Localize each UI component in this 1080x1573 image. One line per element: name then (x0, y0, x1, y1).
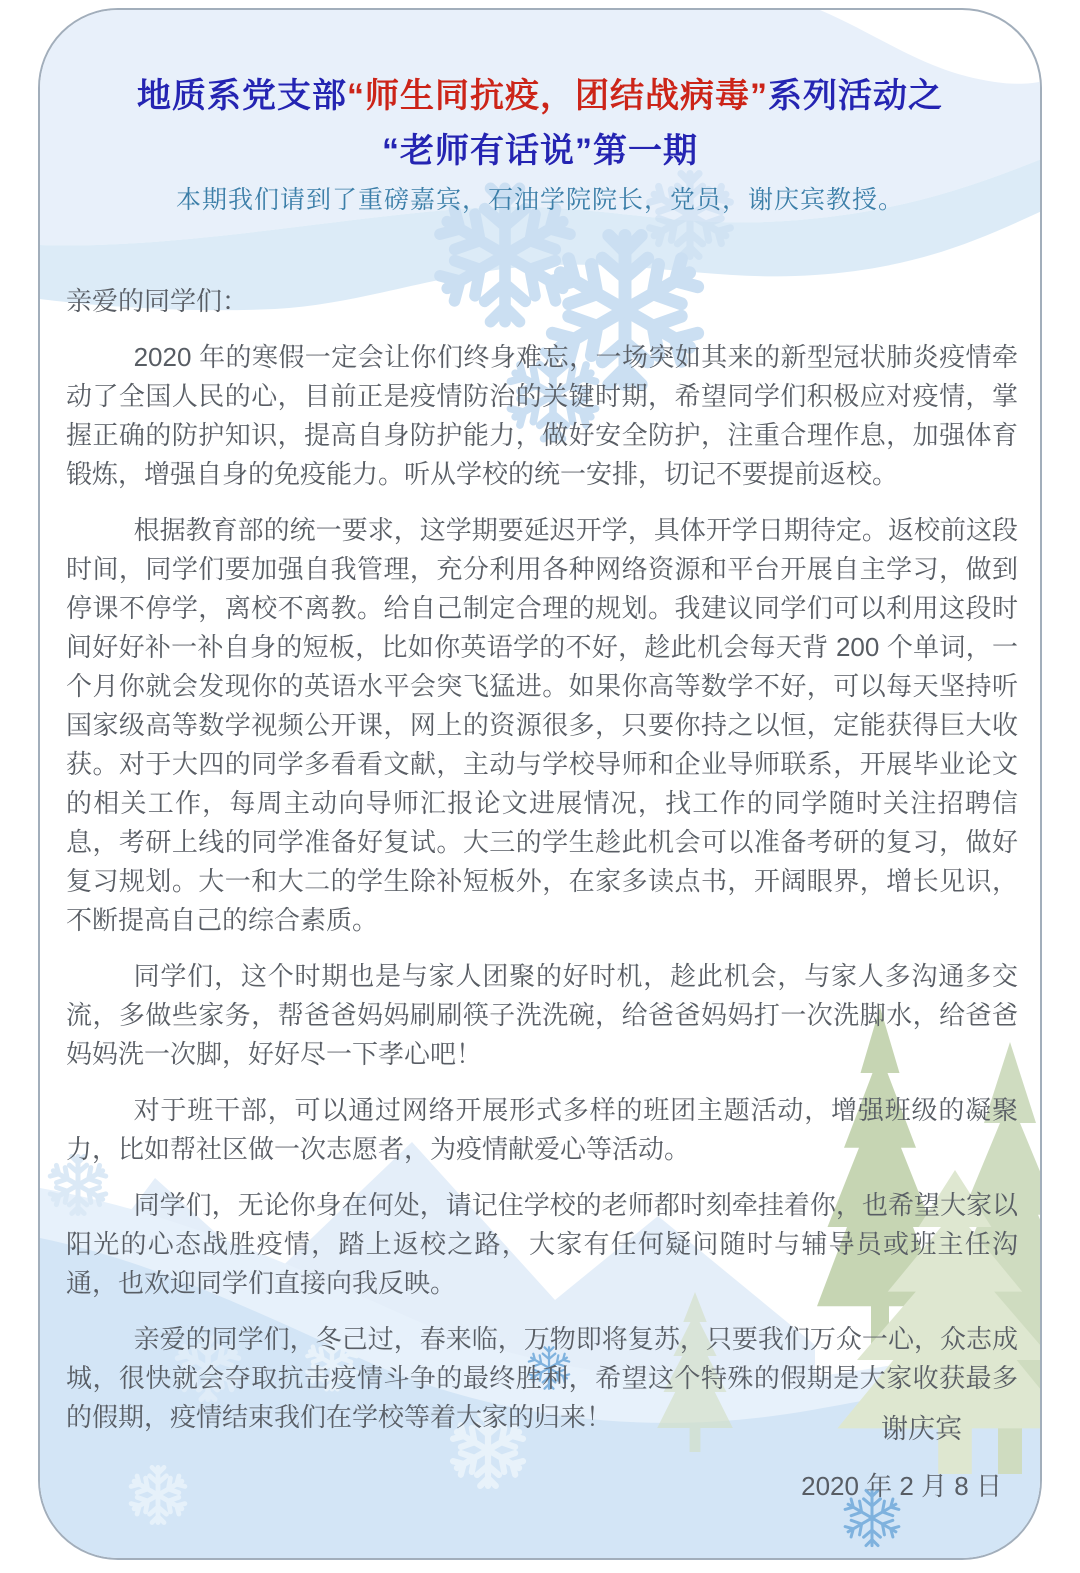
title-prefix: 地质系党支部 (137, 77, 347, 115)
letter-date: 2020 年 2 月 8 日 (801, 1471, 1002, 1501)
letter-paragraph: 亲爱的同学们，冬己过，春来临，万物即将复苏，只要我们万众一心，众志成城，很快就会… (66, 1320, 1018, 1437)
letter-paragraph: 同学们，这个时期也是与家人团聚的好时机，趁此机会，与家人多沟通多交流，多做些家务… (66, 957, 1018, 1074)
letter-paragraph: 2020 年的寒假一定会让你们终身难忘，一场突如其来的新型冠状肺炎疫情牵动了全国… (66, 338, 1018, 494)
letter-paragraph: 对于班干部，可以通过网络开展形式多样的班团主题活动，增强班级的凝聚力，比如帮社区… (66, 1091, 1018, 1169)
header: 地质系党支部“师生同抗疫，团结战病毒”系列活动之 “老师有话说”第一期 本期我们… (40, 78, 1040, 215)
title-slogan: “师生同抗疫，团结战病毒” (347, 77, 768, 115)
letter-card: 地质系党支部“师生同抗疫，团结战病毒”系列活动之 “老师有话说”第一期 本期我们… (38, 8, 1042, 1560)
screenshot-root: { "header": { "title_prefix": "地质系党支部", … (0, 0, 1080, 1573)
letter-body: 亲爱的同学们： 2020 年的寒假一定会让你们终身难忘，一场突如其来的新型冠状肺… (66, 282, 1018, 1454)
title-line-2: “老师有话说”第一期 (40, 133, 1040, 169)
letter-paragraph: 同学们，无论你身在何处，请记住学校的老师都时刻牵挂着你，也希望大家以阳光的心态战… (66, 1186, 1018, 1303)
salutation: 亲爱的同学们： (66, 282, 1018, 321)
title-suffix: 系列活动之 (768, 77, 943, 115)
title-line-1: 地质系党支部“师生同抗疫，团结战病毒”系列活动之 (40, 78, 1040, 114)
letter-paragraph: 根据教育部的统一要求，这学期要延迟开学，具体开学日期待定。返校前这段时间，同学们… (66, 511, 1018, 940)
subtitle: 本期我们请到了重磅嘉宾，石油学院院长，党员，谢庆宾教授。 (40, 185, 1040, 215)
signature: 谢庆宾 (881, 1414, 962, 1444)
